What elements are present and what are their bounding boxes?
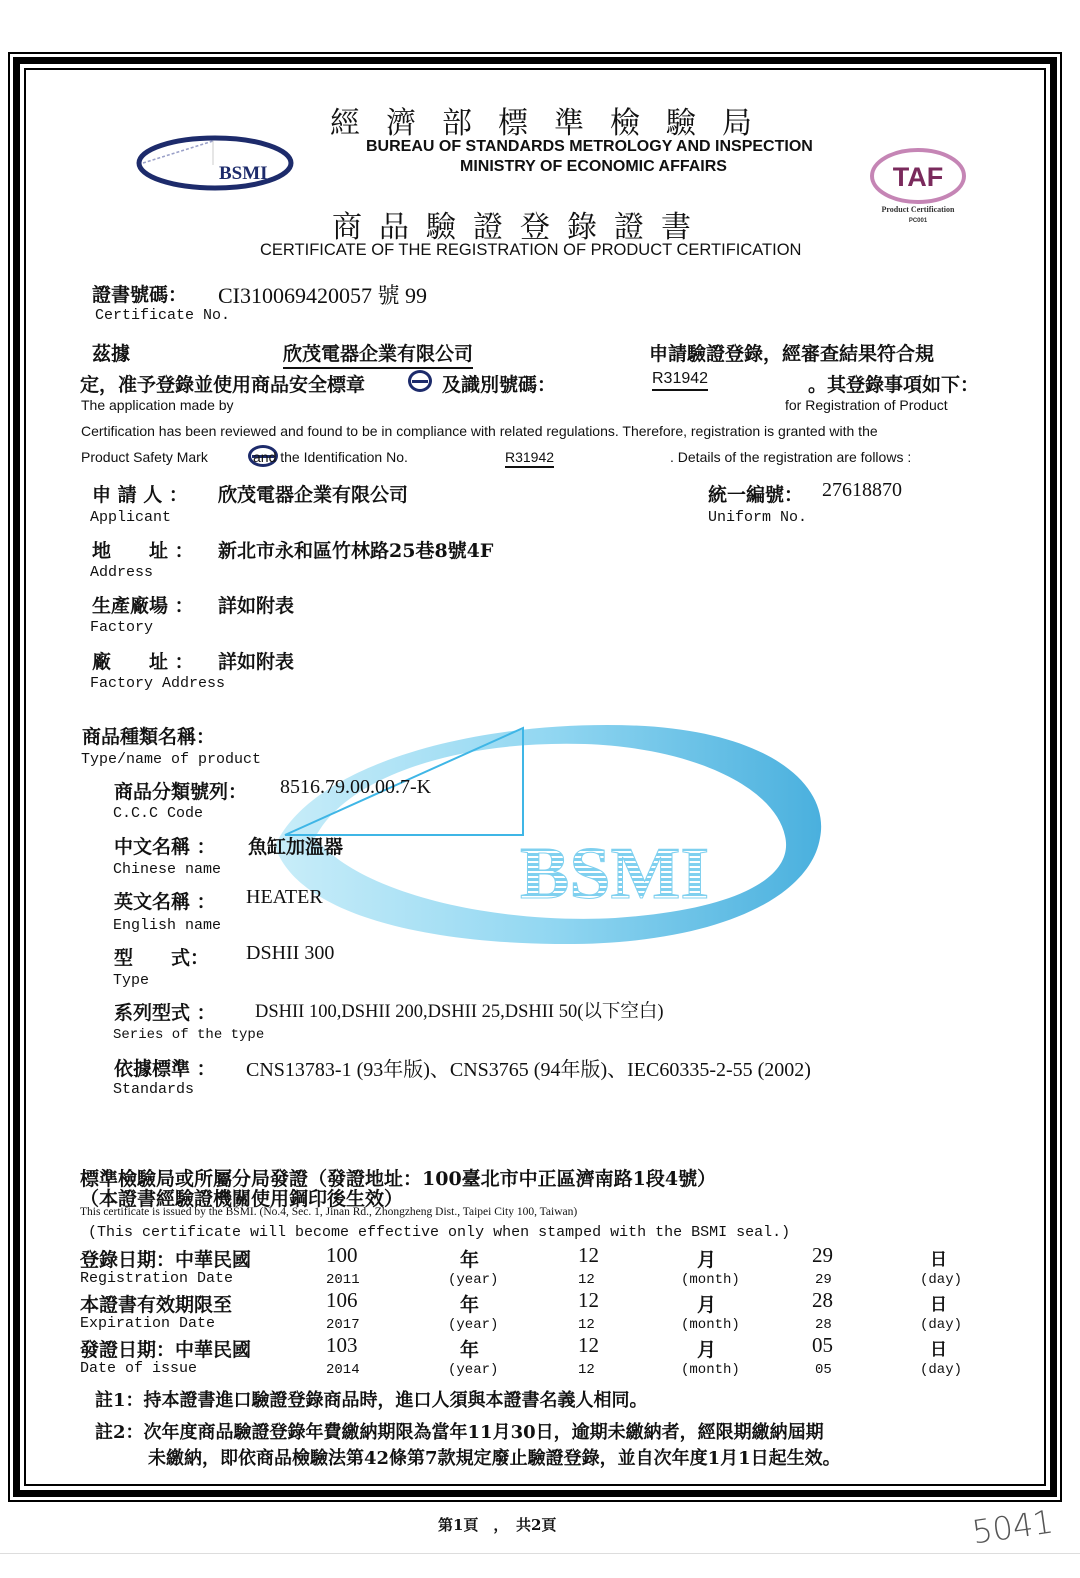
agency-name-cn: 經濟部標準檢驗局 — [330, 98, 778, 142]
standards-value: CNS13783-1 (93年版)、CNS3765 (94年版)、IEC6033… — [246, 1053, 811, 1082]
date-year-unit-en: (year) — [448, 1362, 498, 1378]
type-label: 型 式： — [114, 943, 209, 970]
date-year-unit-en: (year) — [448, 1317, 498, 1333]
scan-edge — [0, 1553, 1080, 1554]
type-label-en: Type — [113, 972, 149, 989]
standards-label: 依據標準 ： — [114, 1054, 216, 1081]
applicant-value: 欣茂電器企業有限公司 — [218, 480, 408, 507]
date-day-en: 28 — [815, 1317, 832, 1333]
statement-en-b: for Registration of Product — [785, 397, 948, 413]
applicant-label: 申 請 人 ： — [92, 480, 188, 507]
factory-address-label-en: Factory Address — [90, 675, 225, 692]
date-label-en: Registration Date — [80, 1270, 233, 1287]
identification-no-en: R31942 — [505, 449, 554, 468]
cert-no-label: 證書號碼： — [92, 280, 187, 307]
statement-cn-line2a: 定，准予登錄並使用商品安全標章 — [80, 370, 365, 397]
statement-cn-line2c: 。其登錄事項如下： — [808, 370, 979, 397]
date-day-unit-cn: 日 — [930, 1290, 947, 1315]
address-label: 地 址 ： — [92, 536, 194, 563]
date-month-unit-en: (month) — [681, 1317, 740, 1333]
date-month-unit-cn: 月 — [697, 1335, 716, 1362]
date-month: 12 — [578, 1243, 599, 1268]
identification-no: R31942 — [652, 370, 708, 391]
address-value: 新北市永和區竹林路25巷8號4F — [218, 536, 493, 563]
date-day-unit-en: (day) — [920, 1362, 962, 1378]
bsmi-logo-icon: BSMI — [135, 133, 300, 193]
issuer-en-line2: (This certificate will become effective … — [88, 1224, 790, 1241]
date-month-en: 12 — [578, 1272, 595, 1288]
standards-label-en: Standards — [113, 1081, 194, 1098]
date-day-unit-en: (day) — [920, 1317, 962, 1333]
date-day: 29 — [812, 1243, 833, 1268]
date-year: 2014 — [326, 1362, 360, 1378]
cert-no-value: CI310069420057 號 99 — [218, 279, 427, 310]
ccc-label: 商品分類號列： — [114, 777, 247, 804]
date-roc-year: 103 — [326, 1333, 358, 1358]
ccc-label-en: C.C.C Code — [113, 805, 203, 822]
date-month: 12 — [578, 1288, 599, 1313]
cn-name-label: 中文名稱 ： — [114, 832, 216, 859]
date-year-unit-en: (year) — [448, 1272, 498, 1288]
note-2-line1: 註2：次年度商品驗證登錄年費繳納期限為當年11月30日，逾期未繳納者，經限期繳納… — [95, 1418, 824, 1444]
ccc-value: 8516.79.00.00.7-K — [280, 776, 431, 799]
svg-text:BSMI: BSMI — [520, 833, 709, 915]
en-name-label: 英文名稱 ： — [114, 887, 216, 914]
statement-prefix: 茲據 — [92, 339, 130, 366]
note-1: 註1：持本證書進口驗證登錄商品時，進口人須與本證書名義人相同。 — [95, 1386, 648, 1412]
date-year-unit-cn: 年 — [460, 1245, 479, 1272]
statement-cn-mid: 申請驗證登錄，經審查結果符合規 — [649, 339, 934, 366]
en-name-value: HEATER — [246, 886, 323, 909]
date-roc-year: 106 — [326, 1288, 358, 1313]
page-indicator: 第1頁 ， 共2頁 — [438, 1514, 556, 1535]
cn-name-label-en: Chinese name — [113, 861, 221, 878]
factory-address-value: 詳如附表 — [218, 647, 294, 674]
statement-company: 欣茂電器企業有限公司 — [283, 339, 473, 369]
date-month-en: 12 — [578, 1362, 595, 1378]
product-safety-mark-icon — [408, 370, 432, 392]
product-heading: 商品種類名稱： — [82, 722, 215, 749]
uniform-no-label: 統一編號： — [708, 480, 803, 507]
date-day-en: 05 — [815, 1362, 832, 1378]
svg-text:BSMI: BSMI — [219, 163, 268, 184]
agency-name-en: BUREAU OF STANDARDS METROLOGY AND INSPEC… — [366, 138, 813, 156]
certificate-title-cn: 商品驗證登錄證書 — [332, 202, 708, 246]
svg-text:PC001: PC001 — [909, 218, 928, 224]
series-label-en: Series of the type — [113, 1027, 264, 1043]
date-month-unit-en: (month) — [681, 1272, 740, 1288]
date-month: 12 — [578, 1333, 599, 1358]
statement-cn-line2b: 及識別號碼： — [442, 370, 556, 397]
date-year: 2017 — [326, 1317, 360, 1333]
date-year: 2011 — [326, 1272, 360, 1288]
factory-address-label: 廠 址 ： — [92, 647, 194, 674]
uniform-no-value: 27618870 — [822, 479, 902, 502]
applicant-label-en: Applicant — [90, 509, 171, 526]
uniform-no-label-en: Uniform No. — [708, 509, 807, 526]
date-month-unit-cn: 月 — [697, 1290, 716, 1317]
date-day: 05 — [812, 1333, 833, 1358]
factory-label-en: Factory — [90, 619, 153, 636]
date-label-cn: 本證書有效期限至 — [80, 1290, 232, 1317]
date-day-unit-cn: 日 — [930, 1335, 947, 1360]
type-value: DSHII 300 — [246, 942, 334, 965]
certificate-title-en: CERTIFICATE OF THE REGISTRATION OF PRODU… — [260, 241, 801, 260]
date-day-unit-cn: 日 — [930, 1245, 947, 1270]
series-label: 系列型式 ： — [114, 998, 216, 1025]
handwritten-number: 5041 — [970, 1503, 1056, 1552]
date-month-unit-cn: 月 — [697, 1245, 716, 1272]
date-label-en: Expiration Date — [80, 1315, 215, 1332]
factory-value: 詳如附表 — [218, 591, 294, 618]
statement-en-f: . Details of the registration are follow… — [670, 449, 911, 465]
date-roc-year: 100 — [326, 1243, 358, 1268]
product-heading-en: Type/name of product — [81, 751, 261, 768]
note-2-line2: 未繳納，即依商品檢驗法第42條第7款規定廢止驗證登錄，並自次年度1月1日起生效。 — [148, 1444, 841, 1470]
statement-en-e: and the Identification No. — [253, 449, 408, 465]
date-label-cn: 登錄日期：中華民國 — [80, 1245, 251, 1272]
statement-en-c: Certification has been reviewed and foun… — [81, 423, 878, 439]
address-label-en: Address — [90, 564, 153, 581]
issuer-en-line1: This certificate is issued by the BSMI. … — [80, 1206, 577, 1218]
date-label-en: Date of issue — [80, 1360, 197, 1377]
statement-en-a: The application made by — [81, 397, 234, 413]
ministry-name-en: MINISTRY OF ECONOMIC AFFAIRS — [460, 158, 727, 176]
date-month-unit-en: (month) — [681, 1362, 740, 1378]
cn-name-value: 魚缸加溫器 — [248, 832, 343, 859]
date-day-unit-en: (day) — [920, 1272, 962, 1288]
date-day-en: 29 — [815, 1272, 832, 1288]
taf-logo-icon: TAF Product Certification PC001 — [866, 146, 971, 226]
svg-text:TAF: TAF — [893, 162, 943, 192]
date-year-unit-cn: 年 — [460, 1335, 479, 1362]
factory-label: 生產廠場 ： — [92, 591, 194, 618]
svg-text:Product Certification: Product Certification — [882, 205, 955, 214]
date-month-en: 12 — [578, 1317, 595, 1333]
date-year-unit-cn: 年 — [460, 1290, 479, 1317]
statement-en-d: Product Safety Mark — [81, 449, 208, 465]
date-day: 28 — [812, 1288, 833, 1313]
cert-no-label-en: Certificate No. — [95, 307, 230, 324]
en-name-label-en: English name — [113, 917, 221, 934]
date-label-cn: 發證日期：中華民國 — [80, 1335, 251, 1362]
series-value: DSHII 100,DSHII 200,DSHII 25,DSHII 50(以下… — [255, 997, 664, 1023]
